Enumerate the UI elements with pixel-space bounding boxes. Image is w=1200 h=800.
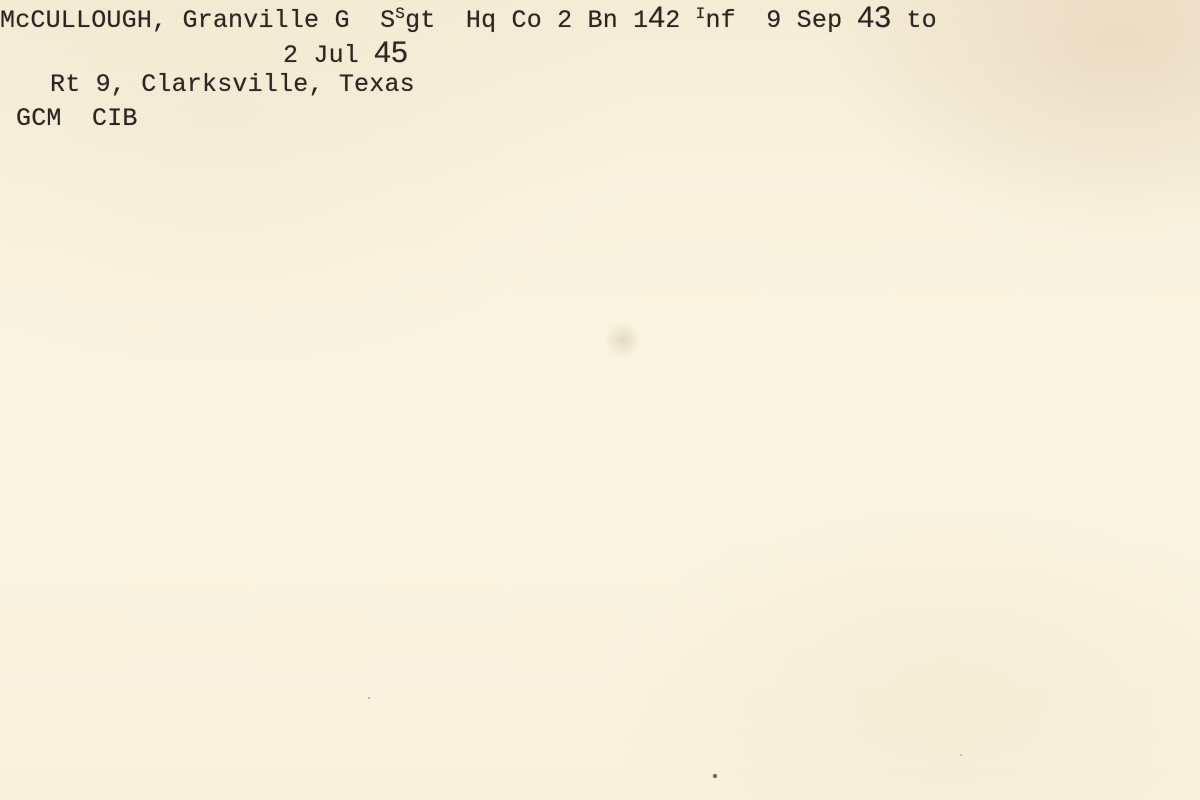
record-header-line: McCULLOUGH, Granville G SSgt Hq Co 2 Bn … [0,3,937,33]
rank-superscript: S [395,5,405,23]
unit-superscript: I [696,5,706,23]
given-names: Granville G [182,6,349,35]
service-end: 2 Jul 45 [283,38,408,68]
surname: McCULLOUGH, [0,6,167,35]
service-start: 9 Sep 43 [766,6,891,35]
paper-stain [606,320,640,360]
unit: Hq Co 2 Bn 142 Inf [466,6,736,35]
awards: GCM CIB [16,106,138,131]
ink-speck [713,774,717,778]
unit-part1: Hq Co 2 Bn 1 [466,6,648,35]
service-end-year: 45 [374,36,408,69]
ink-speck [960,754,962,756]
to-word: to [906,6,936,35]
rank-prefix: S [380,6,395,35]
unit-digit: 4 [648,1,665,34]
service-start-day-month: 9 Sep [766,6,842,35]
index-card: McCULLOUGH, Granville G SSgt Hq Co 2 Bn … [0,0,1200,800]
rank: SSgt [380,6,435,35]
service-start-year: 43 [857,1,891,34]
ink-speck [368,697,370,699]
address: Rt 9, Clarksville, Texas [50,72,415,97]
unit-part2: 2 [665,6,680,35]
unit-part3: nf [705,6,735,35]
rank-suffix: gt [405,6,435,35]
service-end-day-month: 2 Jul [283,41,359,70]
